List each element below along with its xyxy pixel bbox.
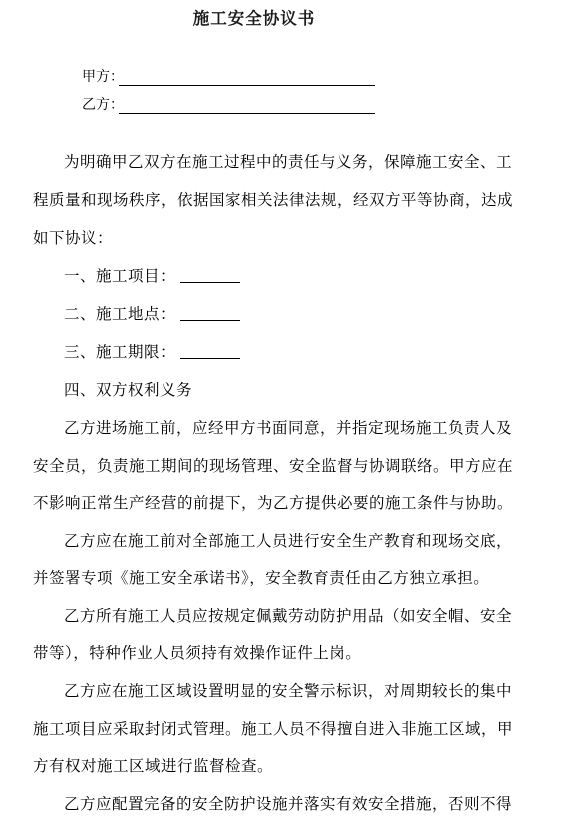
para-3-line-2: 带等），特种作业人员须持有效操作证件上岗。 [33,642,553,664]
para-1-line-2: 安全员，负责施工期间的现场管理、安全监督与协调联络。甲方应在 [33,455,553,477]
item-location-blank [180,305,240,321]
item-period: 三、施工期限： [64,341,573,363]
party-b-blank [119,97,375,114]
item-period-blank [180,343,240,359]
party-b-field: 乙方： [82,94,375,114]
item-location: 二、施工地点： [64,303,573,325]
item-location-label: 二、施工地点： [64,305,176,323]
section-heading-rights: 四、双方权利义务 [64,379,573,401]
para-2-line-2: 并签署专项《施工安全承诺书》，安全教育责任由乙方独立承担。 [33,567,553,589]
item-project-label: 一、施工项目： [64,267,176,285]
para-3-line-1: 乙方所有施工人员应按规定佩戴劳动防护用品（如安全帽、安全 [64,605,573,627]
para-2-line-1: 乙方应在施工前对全部施工人员进行安全生产教育和现场交底， [64,530,573,552]
para-4-line-1: 乙方应在施工区域设置明显的安全警示标识，对周期较长的集中 [64,680,573,702]
para-4-line-2: 施工项目应采取封闭式管理。施工人员不得擅自进入非施工区域，甲 [33,718,553,740]
party-b-label: 乙方： [82,94,119,114]
item-project: 一、施工项目： [64,265,573,287]
preamble-line-1: 为明确甲乙双方在施工过程中的责任与义务，保障施工安全、工 [64,151,573,173]
party-a-label: 甲方： [82,66,119,86]
para-4-line-3: 方有权对施工区域进行监督检查。 [33,755,553,777]
preamble-line-3: 如下协议： [33,227,553,249]
party-a-blank [119,69,375,86]
party-a-field: 甲方： [82,66,375,86]
item-project-blank [180,267,240,283]
para-1-line-1: 乙方进场施工前，应经甲方书面同意，并指定现场施工负责人及 [64,417,573,439]
item-period-label: 三、施工期限： [64,343,176,361]
para-1-line-3: 不影响正常生产经营的前提下，为乙方提供必要的施工条件与协助。 [33,492,553,514]
document-title: 施工安全协议书 [0,5,508,29]
preamble-line-2: 程质量和现场秩序，依据国家相关法律法规，经双方平等协商，达成 [33,189,553,211]
para-5-line-1: 乙方应配置完备的安全防护设施并落实有效安全措施，否则不得 [64,793,573,815]
